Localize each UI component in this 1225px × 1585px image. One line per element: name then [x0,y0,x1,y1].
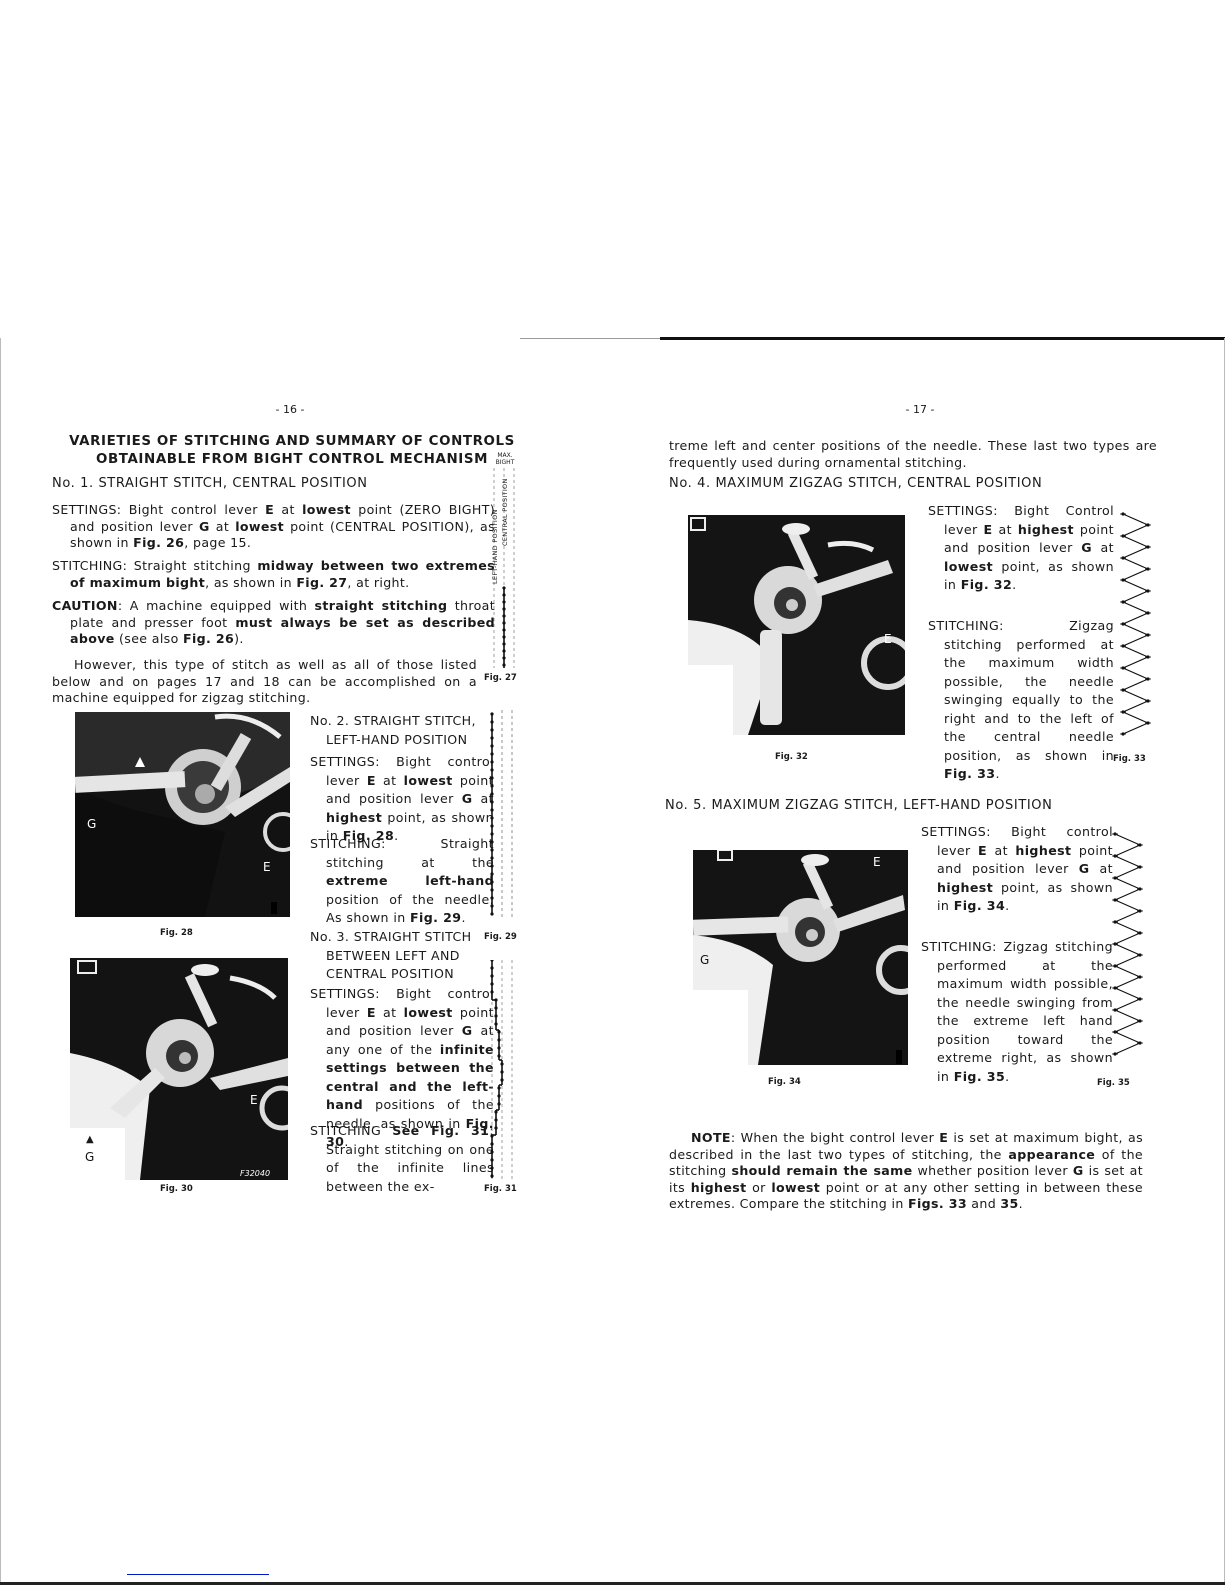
section-3-stitching: STITCHING See Fig. 31: Straight stitchin… [310,1122,494,1196]
fig35-zigzag-svg [1112,830,1144,1060]
section-2-title-line-1: No. 2. STRAIGHT STITCH, [310,712,478,731]
fig32-photo: G E [688,515,905,735]
page-number-17: - 17 - [880,403,960,416]
fig32-label: Fig. 32 [775,752,808,762]
section-3-title-line-3: CENTRAL POSITION [310,965,478,984]
fig33-label: Fig. 33 [1113,754,1146,764]
max-bight-label: MAX. BIGHT [492,452,518,466]
section-4-title: No. 4. MAXIMUM ZIGZAG STITCH, CENTRAL PO… [669,476,1042,492]
section-1-title: No. 1. STRAIGHT STITCH, CENTRAL POSITION [52,476,368,492]
section-1-stitching: STITCHING: Straight stitching midway bet… [52,558,495,591]
section-2-title-line-2: LEFT-HAND POSITION [310,731,478,750]
fig34-photo: E [693,850,908,1065]
fig28-marker-e: E [263,860,271,874]
fig34-marker-g: G [700,953,709,967]
fig29-stitch-svg [488,710,518,920]
fig27-diagram: MAX. BIGHT LEFT-HAND POSITION CENTRAL PO… [490,452,520,672]
fig30-label: Fig. 30 [160,1184,193,1194]
section-2-stitching: STITCHING: Straight stitching at the ext… [310,835,494,928]
fig33-zigzag-svg [1120,510,1152,740]
caution-note: CAUTION: A machine equipped with straigh… [52,598,495,648]
fig32-marker-g: G [710,698,719,712]
section-5-stitching: STITCHING: Zigzag stitching performed at… [921,938,1113,1086]
continuation-paragraph: treme left and center positions of the n… [669,438,1157,471]
fig35-label: Fig. 35 [1097,1078,1130,1088]
section-5-settings: SETTINGS: Bight control lever E at highe… [921,823,1113,916]
however-paragraph: However, this type of stitch as well as … [52,657,477,707]
section-3-title: No. 3. STRAIGHT STITCH BETWEEN LEFT AND … [310,928,478,984]
sewing-machine-bight-mechanism-illustration [688,515,905,735]
central-position-label: CENTRAL POSITION [501,476,509,546]
top-rule [660,337,1225,340]
fig30-marker-g: G [85,1150,94,1164]
section-2-title: No. 2. STRAIGHT STITCH, LEFT-HAND POSITI… [310,712,478,749]
link-underline[interactable] [127,1574,269,1575]
sewing-machine-bight-mechanism-illustration [693,850,908,1065]
sewing-machine-bight-mechanism-illustration: F32040 [70,958,288,1180]
arrow-up-icon: ▲ [86,1134,94,1145]
photo-code: F32040 [240,1169,270,1178]
note-paragraph: NOTE: When the bight control lever E is … [669,1130,1143,1213]
page-heading: VARIETIES OF STITCHING AND SUMMARY OF CO… [52,433,532,469]
fig28-label: Fig. 28 [160,928,193,938]
page-left-border [0,338,1,1585]
section-3-title-line-2: BETWEEN LEFT AND [310,947,478,966]
fig30-marker-e: E [250,1093,258,1107]
section-5-title: No. 5. MAXIMUM ZIGZAG STITCH, LEFT-HAND … [665,798,1052,814]
left-hand-position-label: LEFT-HAND POSITION [491,504,499,584]
fig27-label: Fig. 27 [484,673,517,683]
section-1-settings: SETTINGS: Bight control lever E at lowes… [52,502,495,552]
heading-line-1: VARIETIES OF STITCHING AND SUMMARY OF CO… [52,433,532,451]
heading-line-2: OBTAINABLE FROM BIGHT CONTROL MECHANISM [52,451,532,469]
section-2-settings: SETTINGS: Bight control lever E at lowes… [310,753,494,846]
page-number-16: - 16 - [250,403,330,416]
fig34-label: Fig. 34 [768,1077,801,1087]
fig28-photo: G E [75,712,290,917]
fig32-marker-e: E [884,632,892,646]
fig30-photo: F32040 E [70,958,288,1180]
fig34-marker-e: E [873,855,881,869]
fig28-marker-g: G [87,817,96,831]
section-4-settings: SETTINGS: Bight Control lever E at highe… [928,502,1114,595]
fig31-stitch-svg [488,960,518,1180]
section-4-stitching: STITCHING: Zigzag stitching performed at… [928,617,1114,784]
fig29-label: Fig. 29 [484,932,517,942]
section-3-title-line-1: No. 3. STRAIGHT STITCH [310,928,478,947]
top-rule-fade [520,338,660,339]
sewing-machine-bight-mechanism-illustration [75,712,290,917]
fig31-label: Fig. 31 [484,1184,517,1194]
